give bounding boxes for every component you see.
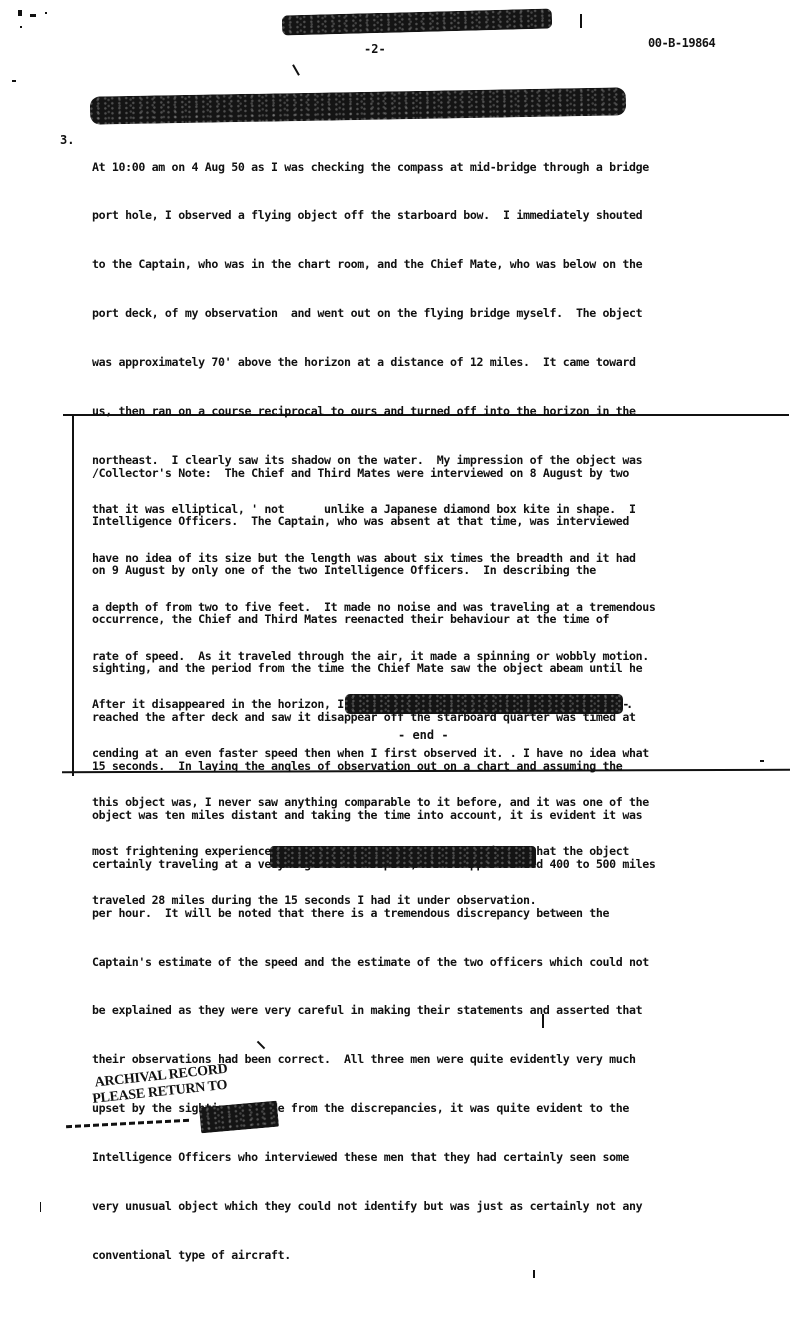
- text-line: object was ten miles distant and taking …: [92, 807, 656, 823]
- redaction-top-header: [282, 8, 552, 35]
- note-box-left-border: [72, 414, 74, 776]
- text-line: /Collector's Note: The Chief and Third M…: [92, 465, 656, 481]
- scan-speck: [760, 760, 764, 762]
- page-number: -2-: [364, 42, 386, 56]
- scan-speck: [18, 10, 22, 16]
- text-line: Intelligence Officers. The Captain, who …: [92, 513, 656, 529]
- redaction-classification-banner: [90, 87, 626, 124]
- text-line: sighting, and the period from the time t…: [92, 660, 656, 676]
- redaction-bottom-classification: [270, 846, 536, 868]
- end-marker: - end -: [398, 728, 449, 742]
- text-line: At 10:00 am on 4 Aug 50 as I was checkin…: [92, 159, 656, 175]
- text-line: their observations had been correct. All…: [92, 1051, 656, 1067]
- text-line: per hour. It will be noted that there is…: [92, 905, 656, 921]
- scan-speck: [40, 1202, 41, 1212]
- text-line: to the Captain, who was in the chart roo…: [92, 256, 656, 272]
- document-number: 00-B-19864: [648, 36, 715, 50]
- text-line: very unusual object which they could not…: [92, 1198, 656, 1214]
- scan-speck: [30, 14, 36, 17]
- text-line: on 9 August by only one of the two Intel…: [92, 562, 656, 578]
- text-line: was approximately 70' above the horizon …: [92, 354, 656, 370]
- text-line: occurrence, the Chief and Third Mates re…: [92, 611, 656, 627]
- text-line: upset by the sighting. Aside from the di…: [92, 1100, 656, 1116]
- text-line: conventional type of aircraft.: [92, 1247, 656, 1263]
- scan-speck: [542, 1014, 544, 1028]
- scan-speck: [533, 1270, 535, 1278]
- text-line: be explained as they were very careful i…: [92, 1002, 656, 1018]
- note-box-top-border: [63, 414, 789, 416]
- redaction-inline-note: [345, 694, 623, 714]
- scan-speck: [292, 64, 300, 75]
- scan-speck: [12, 80, 16, 82]
- text-line: port hole, I observed a flying object of…: [92, 207, 656, 223]
- period-after-redaction: .: [626, 697, 633, 711]
- text-line: us, then ran on a course reciprocal to o…: [92, 403, 656, 419]
- scan-speck: [580, 14, 582, 28]
- paragraph-number: 3.: [60, 133, 74, 147]
- text-line: port deck, of my observation and went ou…: [92, 305, 656, 321]
- scan-speck: [20, 26, 22, 28]
- text-line: Intelligence Officers who interviewed th…: [92, 1149, 656, 1165]
- text-line: Captain's estimate of the speed and the …: [92, 954, 656, 970]
- scan-speck: [45, 12, 47, 14]
